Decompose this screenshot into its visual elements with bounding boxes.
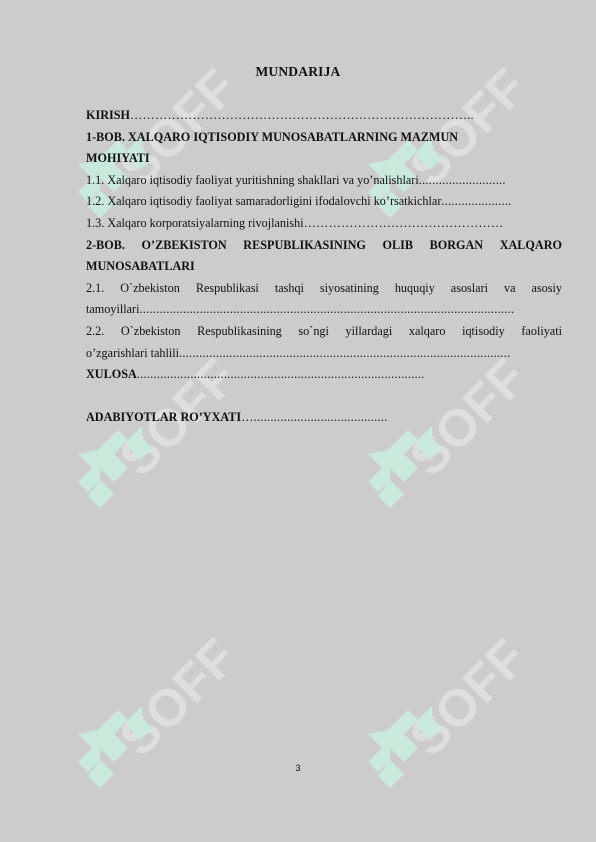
page-title: MUNDARIJA	[0, 64, 596, 80]
toc-entry-text: tamoyillari	[86, 302, 139, 316]
toc-entry-text: MUNOSABATLARI	[86, 259, 195, 273]
toc-entry[interactable]: 2-BOB. O’ZBEKISTON RESPUBLIKASINING OLIB…	[86, 235, 562, 257]
toc-entry[interactable]: MUNOSABATLARI	[86, 256, 562, 278]
toc-leader-dots: ........................................…	[137, 367, 425, 381]
toc-entry-text: 1-BOB. XALQARO IQTISODIY MUNOSABATLARNIN…	[86, 130, 458, 144]
toc-leader-dots: ........................................…	[179, 346, 510, 360]
toc-entry[interactable]: 1.3. Xalqaro korporatsiyalarning rivojla…	[86, 213, 562, 235]
toc-leader-dots: …………………………………………	[304, 216, 504, 230]
toc-entry-text: MOHIYATI	[86, 151, 150, 165]
toc-leader-dots: .....................	[441, 194, 511, 208]
toc-entry-text: o’zgarishlari tahlili	[86, 346, 179, 360]
toc-entry-text: 1.3. Xalqaro korporatsiyalarning rivojla…	[86, 216, 304, 230]
toc-entry-text: 2.2. O`zbekiston Respublikasining so`ngi…	[86, 324, 562, 338]
toc-entry-text: 2-BOB. O’ZBEKISTON RESPUBLIKASINING OLIB…	[86, 238, 562, 252]
toc-entry[interactable]: 2.1. O`zbekiston Respublikasi tashqi siy…	[86, 278, 562, 300]
toc-entry-text: 2.1. O`zbekiston Respublikasi tashqi siy…	[86, 281, 562, 295]
toc-entry-text: XULOSA	[86, 367, 137, 381]
toc-entry[interactable]: ADABIYOTLAR RO’YXATI…...................…	[86, 407, 562, 429]
toc-leader-dots: ………………………………………………………………………..	[130, 108, 474, 122]
toc-entry[interactable]: XULOSA..................................…	[86, 364, 562, 386]
page-number: 3	[0, 763, 596, 773]
toc-entry[interactable]: 2.2. O`zbekiston Respublikasining so`ngi…	[86, 321, 562, 343]
toc-entry[interactable]: KIRISH………………………………………………………………………..	[86, 105, 562, 127]
toc-entry-text: 1.1. Xalqaro iqtisodiy faoliyat yuritish…	[86, 173, 419, 187]
document-page: MUNDARIJA KIRISH…………………………………………………………………	[0, 0, 596, 842]
toc-leader-dots: ….......................................…	[241, 410, 387, 424]
toc-entry-text: ADABIYOTLAR RO’YXATI	[86, 410, 241, 424]
toc-entry[interactable]: 1.1. Xalqaro iqtisodiy faoliyat yuritish…	[86, 170, 562, 192]
toc-entry[interactable]: 1.2. Xalqaro iqtisodiy faoliyat samarado…	[86, 191, 562, 213]
toc-leader-dots: ........................................…	[139, 302, 514, 316]
toc-entry-text: 1.2. Xalqaro iqtisodiy faoliyat samarado…	[86, 194, 441, 208]
toc-entry[interactable]: 1-BOB. XALQARO IQTISODIY MUNOSABATLARNIN…	[86, 127, 562, 149]
toc-entry-text: KIRISH	[86, 108, 130, 122]
toc-entry[interactable]: tamoyillari.............................…	[86, 299, 562, 321]
toc-entry[interactable]: o’zgarishlari tahlili...................…	[86, 343, 562, 365]
toc-leader-dots: ..........................	[419, 173, 506, 187]
toc-entry[interactable]: MOHIYATI	[86, 148, 562, 170]
spacer	[86, 386, 562, 408]
table-of-contents: KIRISH………………………………………………………………………..1-BOB…	[86, 105, 562, 429]
